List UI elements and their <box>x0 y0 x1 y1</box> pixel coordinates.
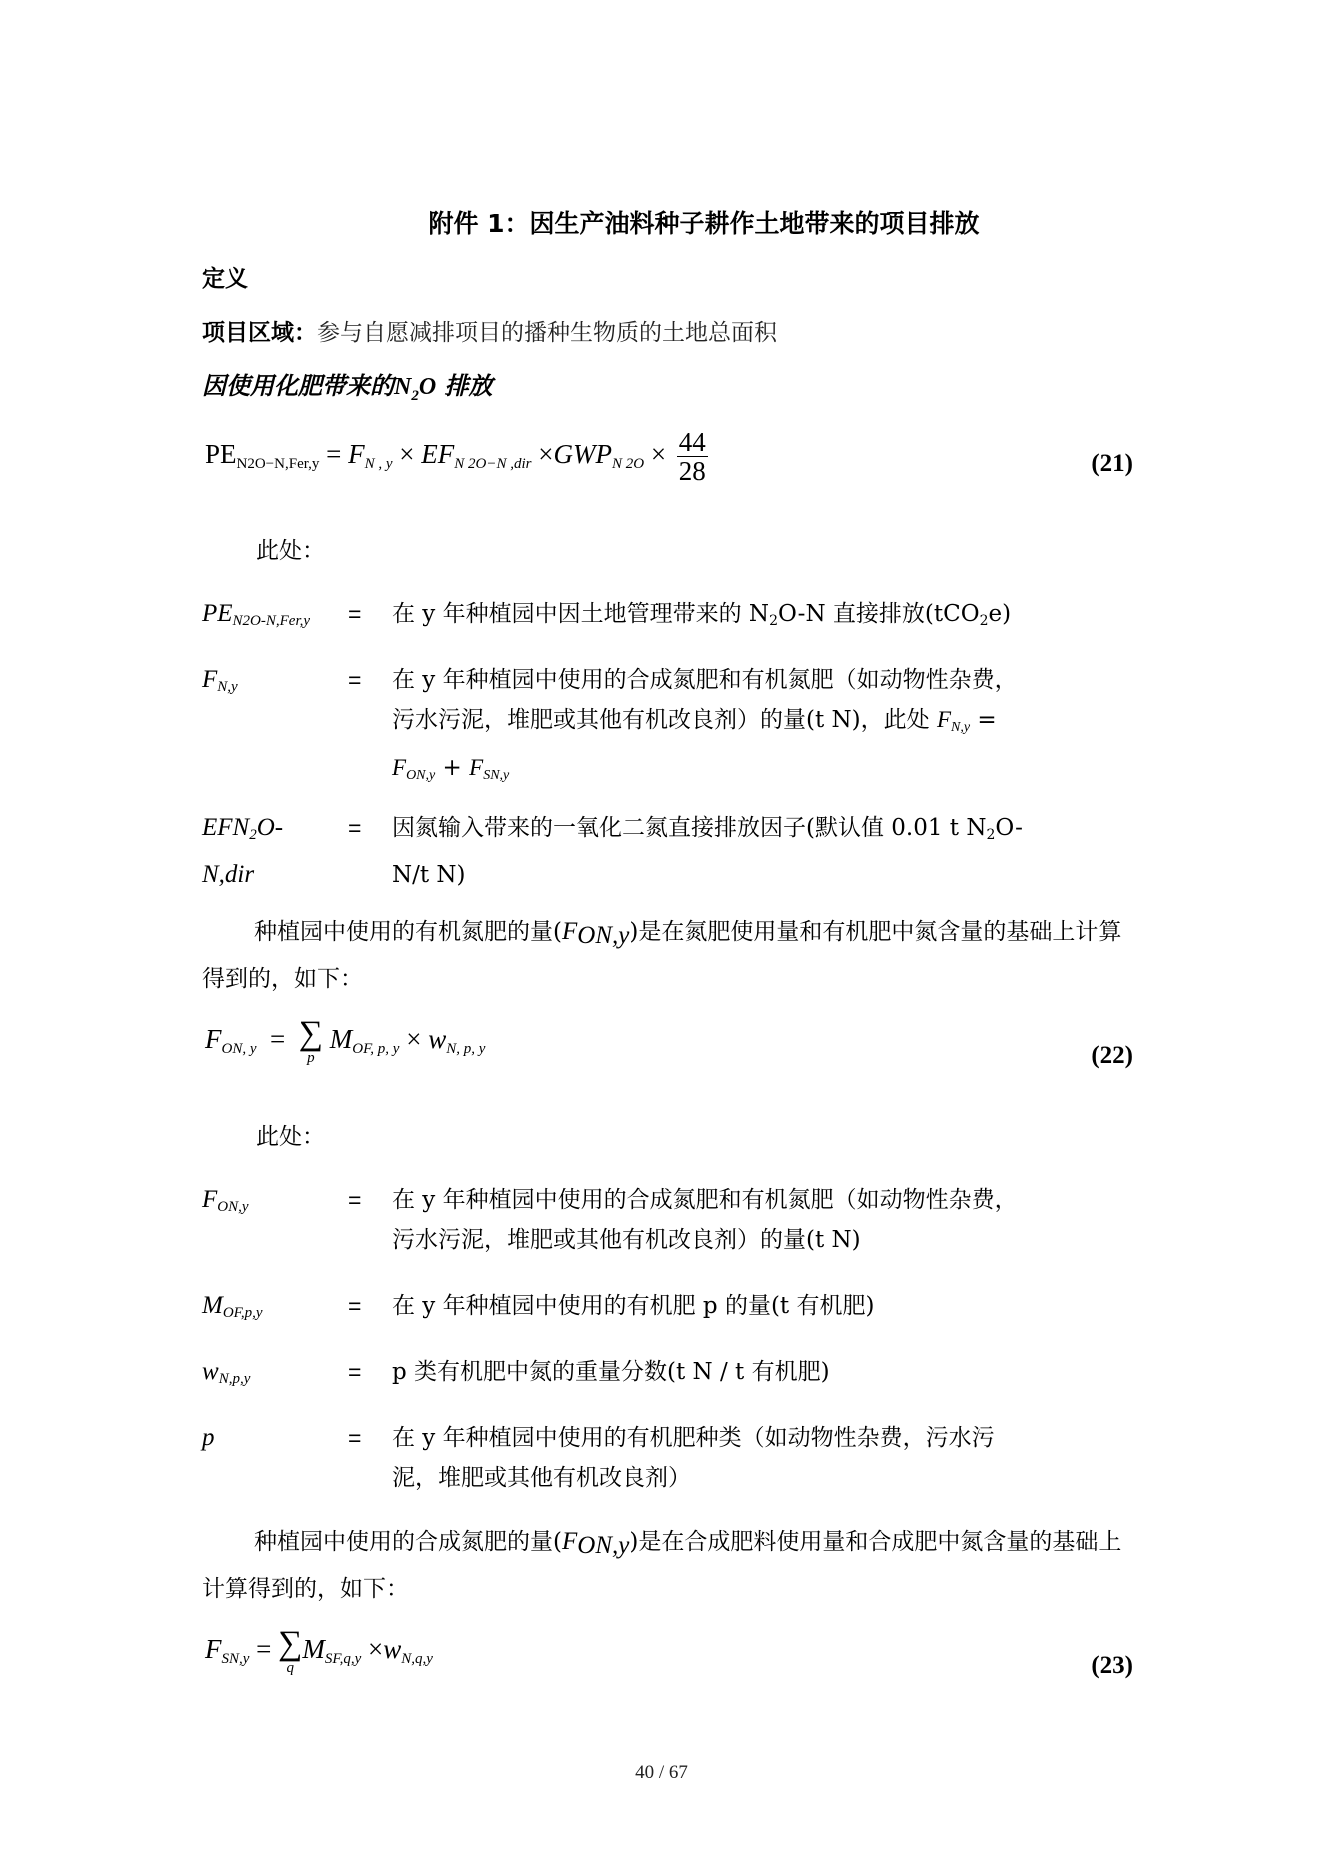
definition-row-mofpy: MOF,p,y = 在 y 年种植园中使用的有机肥 p 的量(t 有机肥) <box>202 1286 1132 1326</box>
formula-sub: 2 <box>411 388 419 404</box>
summation-icon: ∑p <box>299 1018 323 1066</box>
definition-equals: = <box>348 1352 361 1392</box>
eq21-f-sub: N , y <box>365 456 393 472</box>
eq21-lhs: PE <box>205 439 237 469</box>
definition-row-pe: PEN2O-N,Fer,y = 在 y 年种植园中因土地管理带来的 N2O-N … <box>202 594 1132 634</box>
definition-row-fny: FN,y = 在 y 年种植园中使用的合成氮肥和有机氮肥（如动物性杂费， 污水污… <box>202 660 1132 780</box>
eq23-lhs-sub: SN,y <box>222 1651 250 1667</box>
eq21-fraction: 4428 <box>677 428 708 486</box>
definition-symbol: p <box>202 1418 342 1458</box>
eq21-ef-sub: N 2O−N ,dir <box>454 456 531 472</box>
definition-description: 在 y 年种植园中使用的合成氮肥和有机氮肥（如动物性杂费， 污水污泥，堆肥或其他… <box>392 1180 1132 1260</box>
page-number: 40 / 67 <box>0 1762 1323 1784</box>
definition-description: 因氮输入带来的一氧化二氮直接排放因子(默认值 0.01 t N2O- N/t N… <box>392 808 1132 895</box>
definition-row-wnpy: wN,p,y = p 类有机肥中氮的重量分数(t N / t 有机肥) <box>202 1352 1132 1392</box>
definition-row-ef: EFN2O-N,dir = 因氮输入带来的一氧化二氮直接排放因子(默认值 0.0… <box>202 808 1132 888</box>
paragraph-synthetic-fertilizer: 种植园中使用的合成氮肥的量(FON,y)是在合成肥料使用量和合成肥中氮含量的基础… <box>202 1522 1132 1609</box>
definition-description: 在 y 年种植园中使用的有机肥 p 的量(t 有机肥) <box>392 1286 1132 1326</box>
eq22-w: w <box>428 1024 446 1054</box>
section-heading-prefix: 因使用化肥带来的 <box>202 372 394 400</box>
eq21-lhs-sub: N2O−N,Fer,y <box>237 456 320 472</box>
eq22-lhs-sub: ON, y <box>222 1041 257 1057</box>
formula-n: N <box>394 374 411 400</box>
section-heading-suffix: 排放 <box>436 372 492 400</box>
definition-row-fony: FON,y = 在 y 年种植园中使用的合成氮肥和有机氮肥（如动物性杂费， 污水… <box>202 1180 1132 1260</box>
definition-description: p 类有机肥中氮的重量分数(t N / t 有机肥) <box>392 1352 1132 1392</box>
definition-symbol: wN,p,y <box>202 1352 342 1399</box>
equation-22: FON, y = ∑p MOF, p, y × wN, p, y <box>205 1018 485 1066</box>
eq23-times: × <box>368 1634 383 1664</box>
formula-o: O <box>419 374 436 400</box>
equation-number-21: (21) <box>1091 450 1133 478</box>
where-label: 此处： <box>256 532 325 565</box>
eq22-w-sub: N, p, y <box>446 1041 485 1057</box>
equation-number-22: (22) <box>1091 1042 1133 1070</box>
definition-description: 在 y 年种植园中使用的有机肥种类（如动物性杂费，污水污 泥，堆肥或其他有机改良… <box>392 1418 1132 1498</box>
definition-symbol: PEN2O-N,Fer,y <box>202 594 342 641</box>
definition-symbol: EFN2O-N,dir <box>202 808 342 895</box>
eq21-ef: EF <box>421 439 454 469</box>
definition-equals: = <box>348 1418 361 1458</box>
definition-equals: = <box>348 808 361 848</box>
fraction-denominator: 28 <box>677 457 708 485</box>
equation-21: PEN2O−N,Fer,y = FN , y × EFN 2O−N ,dir ×… <box>205 428 708 486</box>
eq21-f: F <box>348 439 365 469</box>
equation-23: FSN,y = ∑qMSF,q,y ×wN,q,y <box>205 1628 433 1676</box>
eq21-times2: × <box>532 439 554 469</box>
definition-symbol: FN,y <box>202 660 342 707</box>
eq23-lhs: F <box>205 1634 222 1664</box>
eq22-equals: = <box>270 1024 285 1054</box>
definition-equals: = <box>348 660 361 700</box>
equation-number-23: (23) <box>1091 1652 1133 1680</box>
project-area-text: 参与自愿减排项目的播种生物质的土地总面积 <box>317 320 777 346</box>
definition-heading: 定义 <box>202 260 248 293</box>
project-area-label: 项目区域： <box>202 320 317 346</box>
document-title: 附件 1：因生产油料种子耕作土地带来的项目排放 <box>0 204 1323 240</box>
eq21-equals: = <box>326 439 348 469</box>
definition-description: 在 y 年种植园中因土地管理带来的 N2O-N 直接排放(tCO2e) <box>392 594 1132 641</box>
eq23-equals: = <box>256 1634 271 1664</box>
definition-symbol: MOF,p,y <box>202 1286 342 1333</box>
eq21-gwp-sub: N 2O <box>612 456 644 472</box>
definition-equals: = <box>348 594 361 634</box>
fraction-numerator: 44 <box>677 428 708 457</box>
eq21-gwp: GWP <box>553 439 611 469</box>
definition-equals: = <box>348 1180 361 1220</box>
eq22-lhs: F <box>205 1024 222 1054</box>
eq23-m-sub: SF,q,y <box>325 1651 361 1667</box>
definition-row-p: p = 在 y 年种植园中使用的有机肥种类（如动物性杂费，污水污 泥，堆肥或其他… <box>202 1418 1132 1498</box>
where-label-2: 此处： <box>256 1118 325 1151</box>
eq23-m: M <box>302 1634 325 1664</box>
eq22-m: M <box>330 1024 353 1054</box>
summation-icon: ∑q <box>278 1628 302 1676</box>
eq22-times: × <box>406 1024 421 1054</box>
eq21-times1: × <box>393 439 422 469</box>
eq21-times3: × <box>644 439 666 469</box>
eq23-w-sub: N,q,y <box>401 1651 433 1667</box>
definition-description: 在 y 年种植园中使用的合成氮肥和有机氮肥（如动物性杂费， 污水污泥，堆肥或其他… <box>392 660 1132 796</box>
project-area-definition: 项目区域：参与自愿减排项目的播种生物质的土地总面积 <box>202 314 777 347</box>
eq23-w: w <box>383 1634 401 1664</box>
section-heading-formula: N2O <box>394 374 436 400</box>
definition-symbol: FON,y <box>202 1180 342 1227</box>
section-heading: 因使用化肥带来的N2O 排放 <box>202 366 493 405</box>
definition-equals: = <box>348 1286 361 1326</box>
paragraph-organic-fertilizer: 种植园中使用的有机氮肥的量(FON,y)是在氮肥使用量和有机肥中氮含量的基础上计… <box>202 912 1132 999</box>
eq22-m-sub: OF, p, y <box>352 1041 399 1057</box>
